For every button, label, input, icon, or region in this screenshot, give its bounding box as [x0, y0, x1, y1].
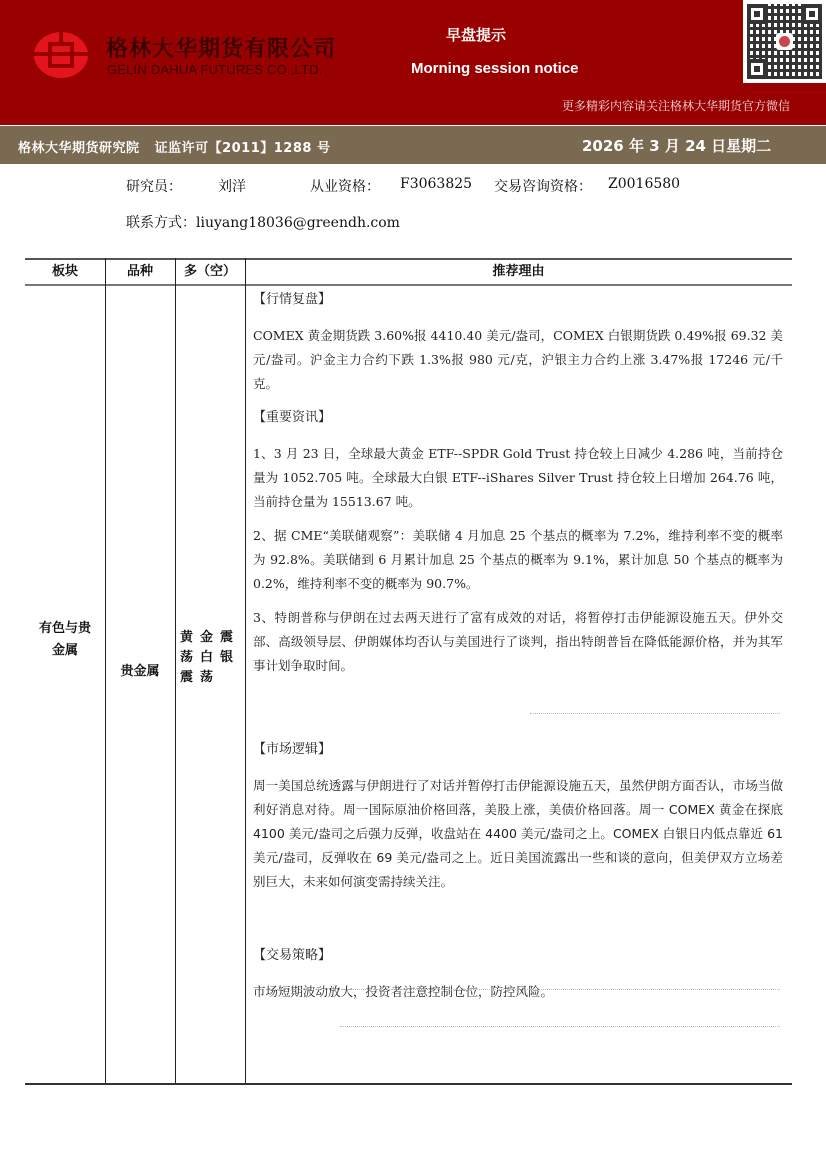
news-item: 3、特朗普称与伊朗在过去两天进行了富有成效的对话，将暂停打击伊能源设施五天。伊外…	[253, 606, 783, 678]
researcher-name: 刘洋	[218, 176, 246, 196]
contact-label: 联系方式：	[126, 215, 196, 231]
page-header: 格林大华期货有限公司 GELIN DAHUA FUTURES CO.,LTD. …	[0, 0, 826, 125]
report-title-cn: 早盘提示	[446, 24, 506, 45]
company-name-en: GELIN DAHUA FUTURES CO.,LTD.	[107, 62, 323, 77]
consult-number: Z0016580	[608, 176, 680, 192]
institute-bar: 格林大华期货研究院 证监许可【2011】1288 号 2026 年 3 月 24…	[0, 126, 826, 164]
cell-reason: 【行情复盘】 COMEX 黄金期货跌 3.60%报 4410.40 美元/盎司，…	[253, 288, 783, 1014]
section-title-news: 【重要资讯】	[253, 406, 783, 430]
cell-direction: 黄金震荡白银震荡	[180, 628, 240, 688]
dotted-rule	[270, 989, 780, 990]
section-title-logic: 【市场逻辑】	[253, 738, 783, 762]
section-title-strategy: 【交易策略】	[253, 944, 783, 968]
table-bottom-border	[25, 1083, 792, 1085]
institute-license: 格林大华期货研究院 证监许可【2011】1288 号	[18, 137, 330, 156]
news-item: 1、3 月 23 日，全球最大黄金 ETF--SPDR Gold Trust 持…	[253, 442, 783, 514]
researcher-label: 研究员：	[126, 176, 182, 196]
dotted-rule	[340, 1026, 780, 1027]
contact-email[interactable]: liuyang18036@greendh.com	[196, 215, 400, 231]
qualification-label: 从业资格：	[310, 176, 380, 196]
header-reason: 推荐理由	[245, 260, 792, 284]
strategy-text: 市场短期波动放大，投资者注意控制仓位，防控风险。	[253, 980, 783, 1004]
report-date: 2026 年 3 月 24 日星期二	[582, 135, 771, 156]
report-title-en: Morning session notice	[411, 60, 579, 77]
header-sector: 板块	[25, 260, 105, 284]
header-variety: 品种	[105, 260, 175, 284]
sector-text: 有色与贵金属	[37, 618, 93, 662]
contact-info: 联系方式：liuyang18036@greendh.com	[126, 212, 400, 232]
qualification-number: F3063825	[400, 176, 472, 192]
dotted-rule	[530, 713, 780, 714]
section-title-review: 【行情复盘】	[253, 288, 783, 312]
qr-code-icon	[747, 4, 822, 79]
header-direction: 多（空）	[175, 260, 245, 284]
wechat-qr-code	[743, 0, 826, 83]
cell-variety: 贵金属	[105, 660, 175, 679]
logic-text: 周一美国总统透露与伊朗进行了对话并暂停打击伊能源设施五天，虽然伊朗方面否认，市场…	[253, 774, 783, 894]
review-text: COMEX 黄金期货跌 3.60%报 4410.40 美元/盎司，COMEX 白…	[253, 324, 783, 396]
follow-wechat-text: 更多精彩内容请关注格林大华期货官方微信	[562, 97, 790, 114]
column-divider	[245, 258, 246, 1085]
company-logo-icon	[34, 32, 88, 78]
header-divider	[25, 284, 792, 286]
news-item: 2、据 CME“美联储观察”：美联储 4 月加息 25 个基点的概率为 7.2%…	[253, 524, 783, 596]
company-name-cn: 格林大华期货有限公司	[106, 32, 336, 63]
consult-label: 交易咨询资格：	[494, 176, 592, 196]
column-divider	[175, 258, 176, 1085]
cell-sector: 有色与贵金属	[25, 618, 105, 662]
